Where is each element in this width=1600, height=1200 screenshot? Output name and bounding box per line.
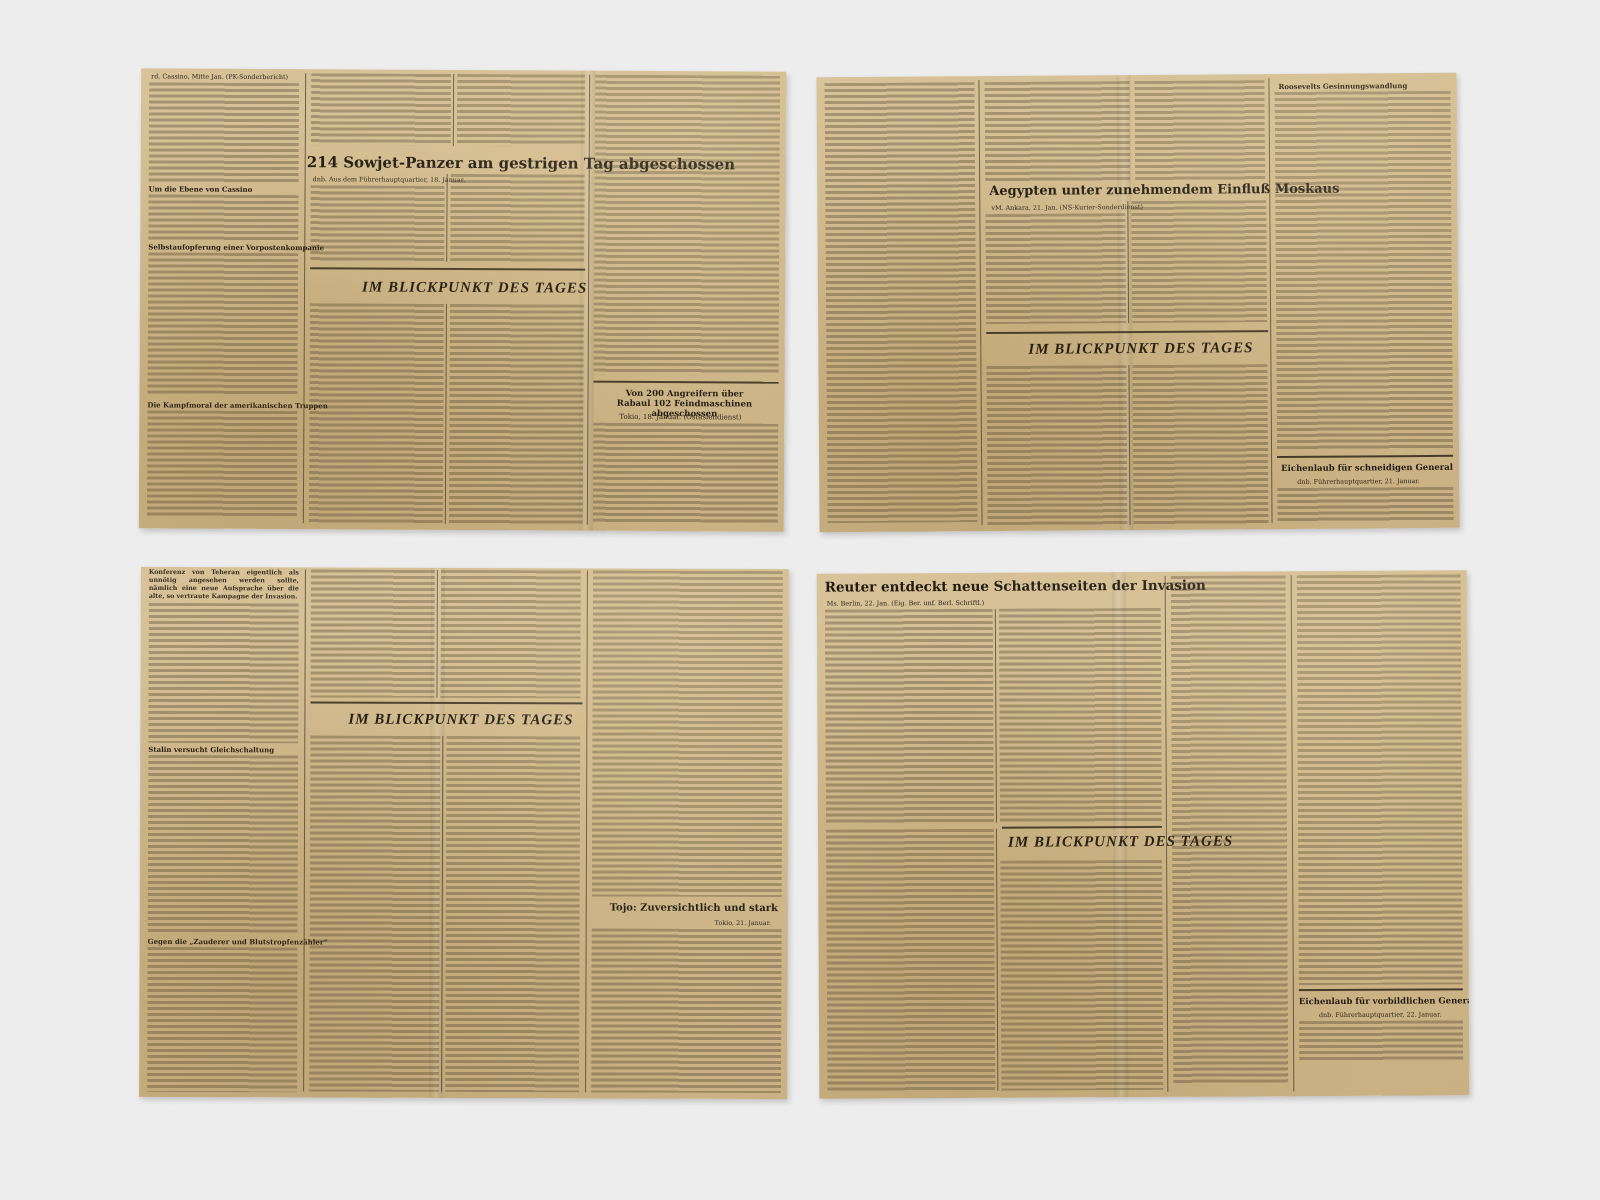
section-divider [594, 381, 779, 384]
text-column [309, 735, 440, 1091]
text-column [593, 423, 779, 524]
text-column [148, 194, 298, 241]
subhead: Die Kampfmoral der amerikanischen Truppe… [147, 400, 327, 410]
text-column [310, 185, 444, 262]
column-rule [303, 73, 306, 523]
text-column [1275, 91, 1453, 450]
text-column [984, 81, 1130, 182]
text-column [440, 570, 580, 698]
side-dateline: Tokio, 18. Januar. (Ostasiendienst) [619, 413, 741, 422]
main-dateline: vM. Ankara, 21. Jan. (NS-Kurier-Sonderdi… [991, 203, 1143, 212]
column-rule [996, 829, 998, 1091]
column-rule [1268, 78, 1272, 523]
text-column [449, 304, 584, 525]
text-column [457, 74, 585, 147]
section-divider [310, 267, 585, 270]
column-rule [978, 80, 982, 525]
text-column [1171, 575, 1289, 1086]
main-dateline: Ms. Berlin, 22. Jan. (Eig. Ber. unf. Ber… [827, 599, 984, 608]
text-column [999, 608, 1162, 823]
column-rule [1291, 575, 1295, 1091]
text-column [450, 174, 584, 263]
text-column [592, 570, 783, 897]
subhead: Um die Ebene von Cassino [149, 184, 253, 194]
column-rule [446, 174, 447, 262]
text-column [147, 252, 298, 397]
text-column [147, 947, 298, 1093]
text-column [309, 303, 444, 524]
text-column [1000, 860, 1163, 1091]
main-dateline: dnb. Aus dem Führerhauptquartier, 18. Ja… [313, 175, 466, 184]
top-dateline: rd. Cassino, Mitte Jan. (PK-Sonderberich… [151, 72, 288, 81]
section-divider [310, 701, 582, 704]
text-column [147, 410, 298, 519]
section-banner: IM BLICKPUNKT DES TAGES [362, 279, 587, 297]
text-column [825, 609, 994, 824]
text-column [1277, 487, 1453, 522]
side-dateline: dnb. Führerhauptquartier, 22. Januar. [1319, 1010, 1442, 1019]
text-column [1132, 364, 1268, 525]
column-rule [303, 569, 306, 1091]
newspaper-page-bottom-right: Reuter entdeckt neue Schattenseiten der … [817, 570, 1470, 1098]
text-column [985, 213, 1126, 324]
newspaper-page-bottom-left: Konferenz von Teheran eigentlich als unn… [139, 567, 789, 1099]
newspaper-page-top-left: rd. Cassino, Mitte Jan. (PK-Sonderberich… [139, 68, 786, 531]
text-column [311, 73, 451, 146]
section-banner: IM BLICKPUNKT DES TAGES [1008, 834, 1233, 852]
text-column [591, 928, 782, 1093]
side-headline: Eichenlaub für vorbildlichen General [1299, 996, 1470, 1007]
text-column [824, 82, 977, 523]
column-rule [445, 304, 447, 524]
text-column [310, 569, 434, 697]
top-line-text: Konferenz von Teheran eigentlich als unn… [149, 569, 299, 601]
section-banner: IM BLICKPUNKT DES TAGES [1028, 340, 1253, 359]
column-rule [585, 570, 588, 1092]
section-divider [1299, 988, 1463, 991]
text-column [149, 82, 300, 183]
newspaper-page-top-right: Aegypten unter zunehmendem Einfluß Moska… [816, 73, 1459, 532]
side-headline: Tojo: Zuversichtlich und stark [610, 903, 778, 915]
section-divider [1277, 455, 1453, 458]
column-rule [453, 74, 454, 146]
text-column [148, 603, 298, 744]
text-column [594, 75, 781, 376]
text-column [1134, 80, 1265, 181]
top-line: Konferenz von Teheran eigentlich als unn… [149, 569, 299, 602]
text-column [986, 365, 1127, 526]
subhead: Selbstaufopferung einer Vorpostenkompani… [148, 242, 324, 252]
text-column [826, 829, 995, 1092]
right-column-heading: Roosevelts Gesinnungswandlung [1278, 81, 1407, 91]
text-column [1131, 200, 1267, 323]
subhead: Stalin versucht Gleichschaltung [148, 745, 274, 754]
section-banner: IM BLICKPUNKT DES TAGES [348, 712, 573, 730]
section-divider [1002, 826, 1162, 829]
text-column [1299, 1020, 1463, 1061]
side-headline: Eichenlaub für schneidigen General [1281, 463, 1453, 474]
text-column [1297, 574, 1463, 985]
main-headline: Reuter entdeckt neue Schattenseiten der … [825, 578, 1206, 596]
text-column [148, 755, 299, 936]
side-dateline: dnb. Führerhauptquartier, 21. Januar. [1297, 477, 1420, 486]
text-column [445, 736, 580, 1092]
column-rule [995, 609, 997, 823]
subhead: Gegen die „Zauderer und Blutstropfenzähl… [148, 937, 328, 947]
side-dateline: Tokio, 21. Januar. [715, 919, 771, 927]
